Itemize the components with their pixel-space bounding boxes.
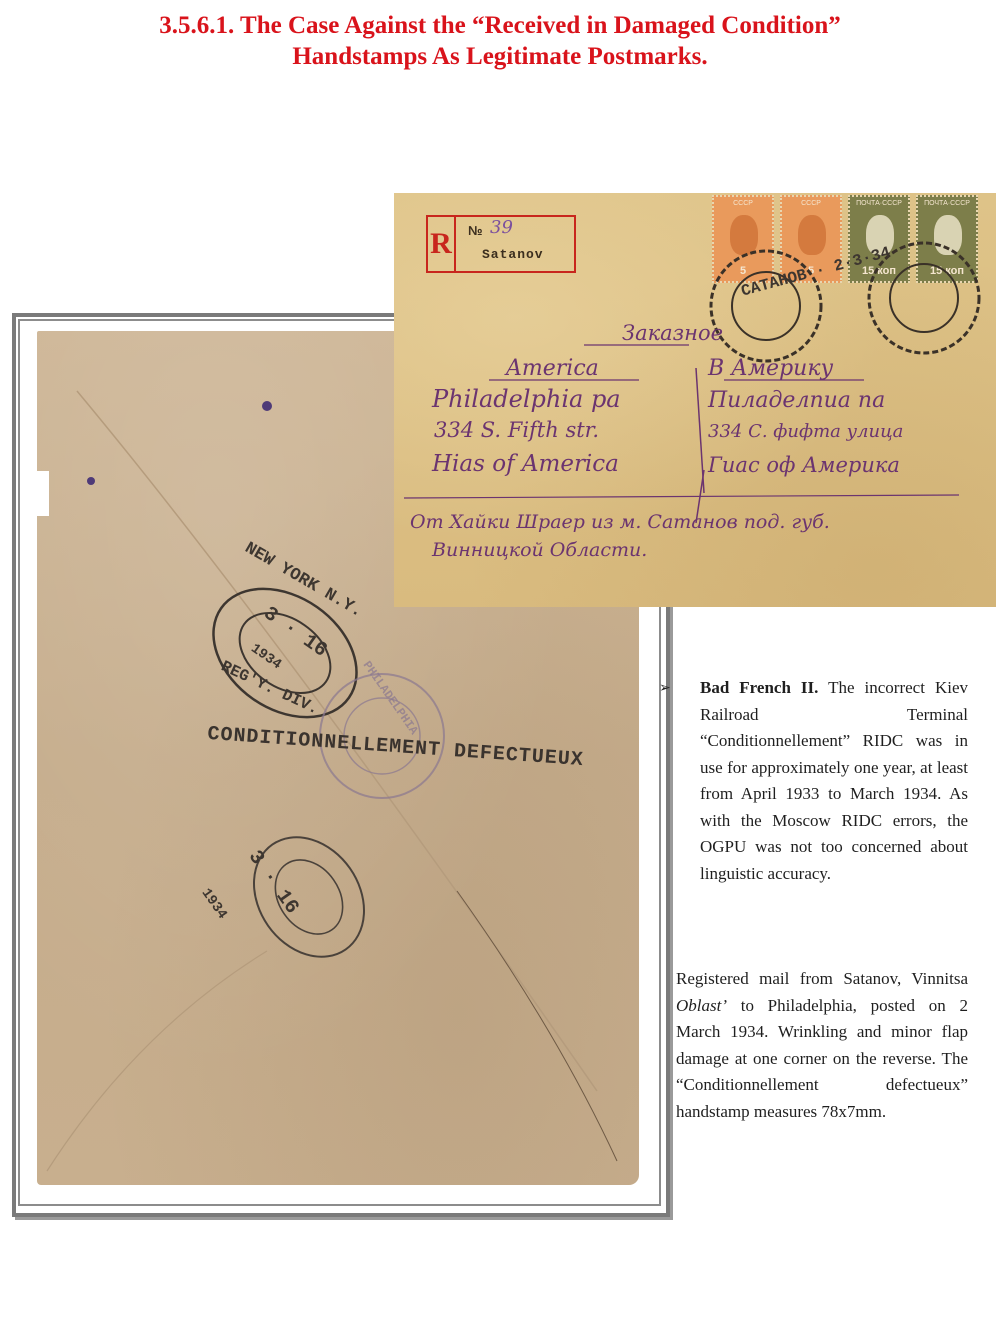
note-lead: Bad French II.	[700, 678, 818, 697]
caption-part-1: Registered mail from Satanov, Vinnitsa	[676, 969, 968, 988]
page-title: 3.5.6.1. The Case Against the “Received …	[0, 10, 1000, 72]
address-right-2: Пиладелпиа па	[708, 388, 885, 413]
handwritten-registered: Заказное	[622, 321, 723, 345]
page-title-line-1: 3.5.6.1. The Case Against the “Received …	[0, 10, 1000, 41]
address-right-4: Гиас оф Америка	[708, 453, 900, 477]
arrow-bullet-icon: ➢	[659, 675, 671, 702]
address-left-4: Hias of America	[432, 451, 619, 477]
address-left-2: Philadelphia pa	[432, 385, 621, 413]
sender-line-1: От Хайки Шраер из м. Сатанов под. губ.	[410, 511, 830, 533]
page-title-line-2: Handstamps As Legitimate Postmarks.	[0, 41, 1000, 72]
front-cover-image: R № 39 Satanov СССР 5 СССР 5 ПОЧТА·СССР …	[394, 193, 996, 607]
bad-french-note: ➢ Bad French II. The incorrect Kiev Rail…	[674, 675, 968, 887]
note-body: The incorrect Kiev Railroad Terminal “Co…	[700, 678, 968, 883]
address-left-1: America	[506, 356, 599, 381]
address-left-3: 334 S. Fifth str.	[434, 418, 599, 442]
cover-caption: Registered mail from Satanov, Vinnitsa O…	[676, 966, 968, 1126]
address-right-3: 334 С. фифта улица	[708, 421, 903, 442]
sender-line-2: Винницкой Области.	[432, 539, 647, 561]
address-right-1: В Америку	[708, 356, 833, 381]
caption-italic: Oblast’	[676, 996, 727, 1015]
